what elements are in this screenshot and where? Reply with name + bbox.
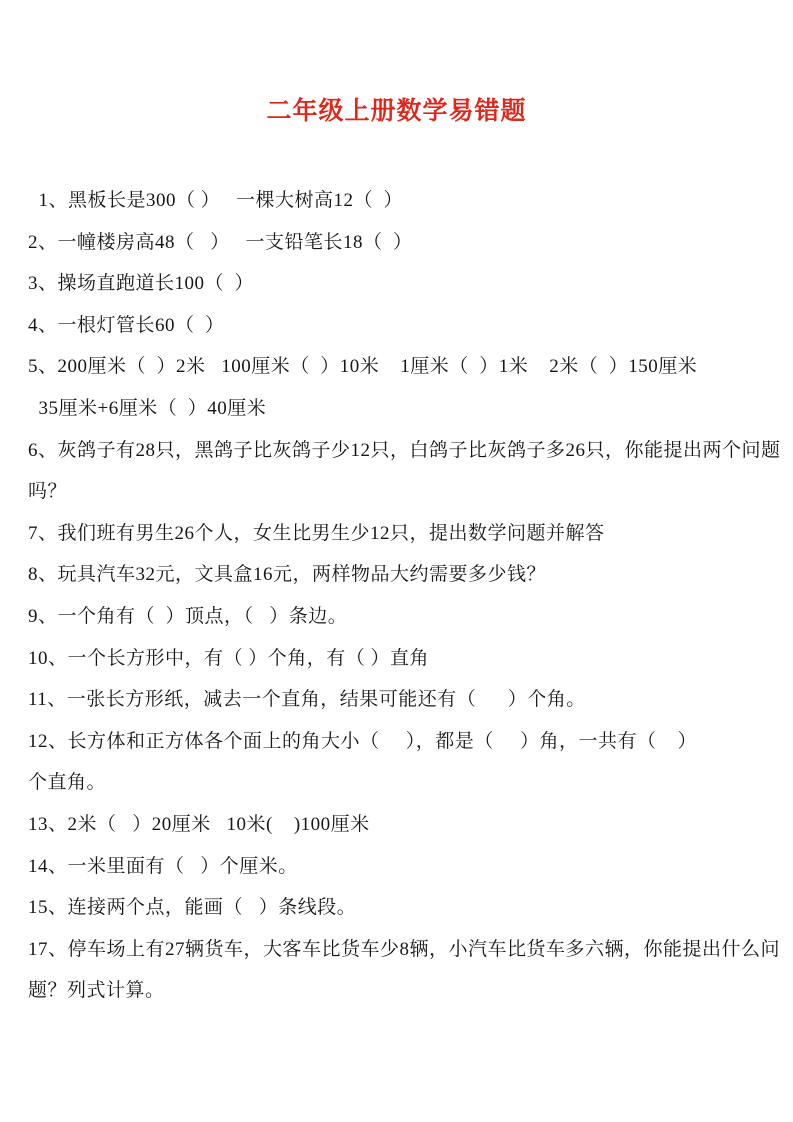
question-line-8: 8、玩具汽车32元，文具盒16元，两样物品大约需要多少钱？ [28, 554, 773, 596]
question-line-4: 4、一根灯管长60（ ） [28, 305, 773, 347]
question-line-1: 1、黑板长是300（ ） 一棵大树高12（ ） [28, 180, 773, 222]
question-line-17: 17、停车场上有27辆货车，大客车比货车少8辆，小汽车比货车多六辆，你能提出什么… [28, 929, 773, 971]
question-line-15: 15、连接两个点，能画（ ）条线段。 [28, 887, 773, 929]
question-line-6-continued: 吗？ [28, 471, 773, 513]
question-line-17-continued: 题？列式计算。 [28, 970, 773, 1012]
question-line-14: 14、一米里面有（ ）个厘米。 [28, 846, 773, 888]
question-line-7: 7、我们班有男生26个人，女生比男生少12只，提出数学问题并解答 [28, 513, 773, 555]
question-line-5-continued: 35厘米+6厘米（ ）40厘米 [28, 388, 773, 430]
question-line-13: 13、2米（ ）20厘米 10米( )100厘米 [28, 804, 773, 846]
question-line-3: 3、操场直跑道长100（ ） [28, 263, 773, 305]
question-line-11: 11、一张长方形纸，减去一个直角，结果可能还有（ ）个角。 [28, 679, 773, 721]
question-line-9: 9、一个角有（ ）顶点，（ ）条边。 [28, 596, 773, 638]
worksheet-page: 二年级上册数学易错题 1、黑板长是300（ ） 一棵大树高12（ ） 2、一幢楼… [0, 0, 793, 1122]
question-list: 1、黑板长是300（ ） 一棵大树高12（ ） 2、一幢楼房高48（ ） 一支铅… [0, 180, 793, 1012]
question-line-5: 5、200厘米（ ）2米 100厘米（ ）10米 1厘米（ ）1米 2米（ ）1… [28, 346, 773, 388]
question-line-10: 10、一个长方形中，有（ ）个角，有（ ）直角 [28, 638, 773, 680]
question-line-12-continued: 个直角。 [28, 762, 773, 804]
question-line-12: 12、长方体和正方体各个面上的角大小（ ），都是（ ）角，一共有（ ） [28, 721, 773, 763]
question-line-6: 6、灰鸽子有28只，黑鸽子比灰鸽子少12只，白鸽子比灰鸽子多26只，你能提出两个… [28, 430, 773, 472]
question-line-2: 2、一幢楼房高48（ ） 一支铅笔长18（ ） [28, 222, 773, 264]
page-title: 二年级上册数学易错题 [0, 95, 793, 129]
